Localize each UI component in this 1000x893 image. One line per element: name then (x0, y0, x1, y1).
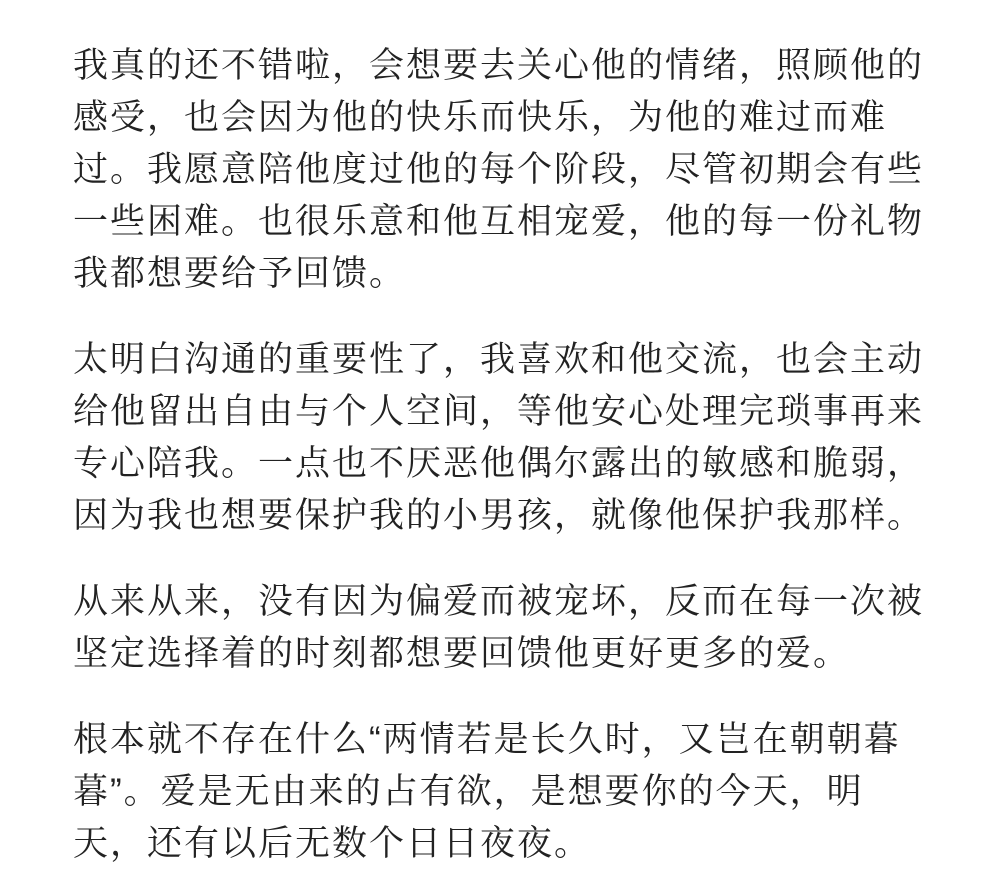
paragraph-4: 根本就不存在什么“两情若是长久时，又岂在朝朝暮暮”。爱是无由来的占有欲，是想要你… (73, 714, 940, 870)
paragraph-2-line-1: 太明白沟通的重要性了，我喜欢和他交流，也会主动 (73, 334, 940, 386)
paragraph-3-line-1: 从来从来，没有因为偏爱而被宠坏，反而在每一次被 (73, 576, 940, 628)
paragraph-1-line-2: 感受，也会因为他的快乐而快乐，为他的难过而难 (73, 92, 940, 144)
paragraph-3: 从来从来，没有因为偏爱而被宠坏，反而在每一次被坚定选择着的时刻都想要回馈他更好更… (73, 576, 940, 680)
paragraph-4-line-3: 天，还有以后无数个日日夜夜。 (73, 818, 940, 870)
paragraph-1-line-1: 我真的还不错啦，会想要去关心他的情绪，照顾他的 (73, 40, 940, 92)
paragraph-2-line-4: 因为我也想要保护我的小男孩，就像他保护我那样。 (73, 490, 940, 542)
paragraph-1-line-5: 我都想要给予回馈。 (73, 248, 940, 300)
paragraph-2-line-2: 给他留出自由与个人空间，等他安心处理完琐事再来 (73, 386, 940, 438)
paragraph-1-line-3: 过。我愿意陪他度过他的每个阶段，尽管初期会有些 (73, 144, 940, 196)
paragraph-1-line-4: 一些困难。也很乐意和他互相宠爱，他的每一份礼物 (73, 196, 940, 248)
paragraph-3-line-2: 坚定选择着的时刻都想要回馈他更好更多的爱。 (73, 628, 940, 680)
paragraph-4-line-2: 暮”。爱是无由来的占有欲，是想要你的今天，明 (73, 766, 940, 818)
text-document: 我真的还不错啦，会想要去关心他的情绪，照顾他的感受，也会因为他的快乐而快乐，为他… (0, 0, 1000, 893)
paragraph-2: 太明白沟通的重要性了，我喜欢和他交流，也会主动给他留出自由与个人空间，等他安心处… (73, 334, 940, 542)
paragraph-2-line-3: 专心陪我。一点也不厌恶他偶尔露出的敏感和脆弱， (73, 438, 940, 490)
paragraph-4-line-1: 根本就不存在什么“两情若是长久时，又岂在朝朝暮 (73, 714, 940, 766)
paragraph-1: 我真的还不错啦，会想要去关心他的情绪，照顾他的感受，也会因为他的快乐而快乐，为他… (73, 40, 940, 300)
